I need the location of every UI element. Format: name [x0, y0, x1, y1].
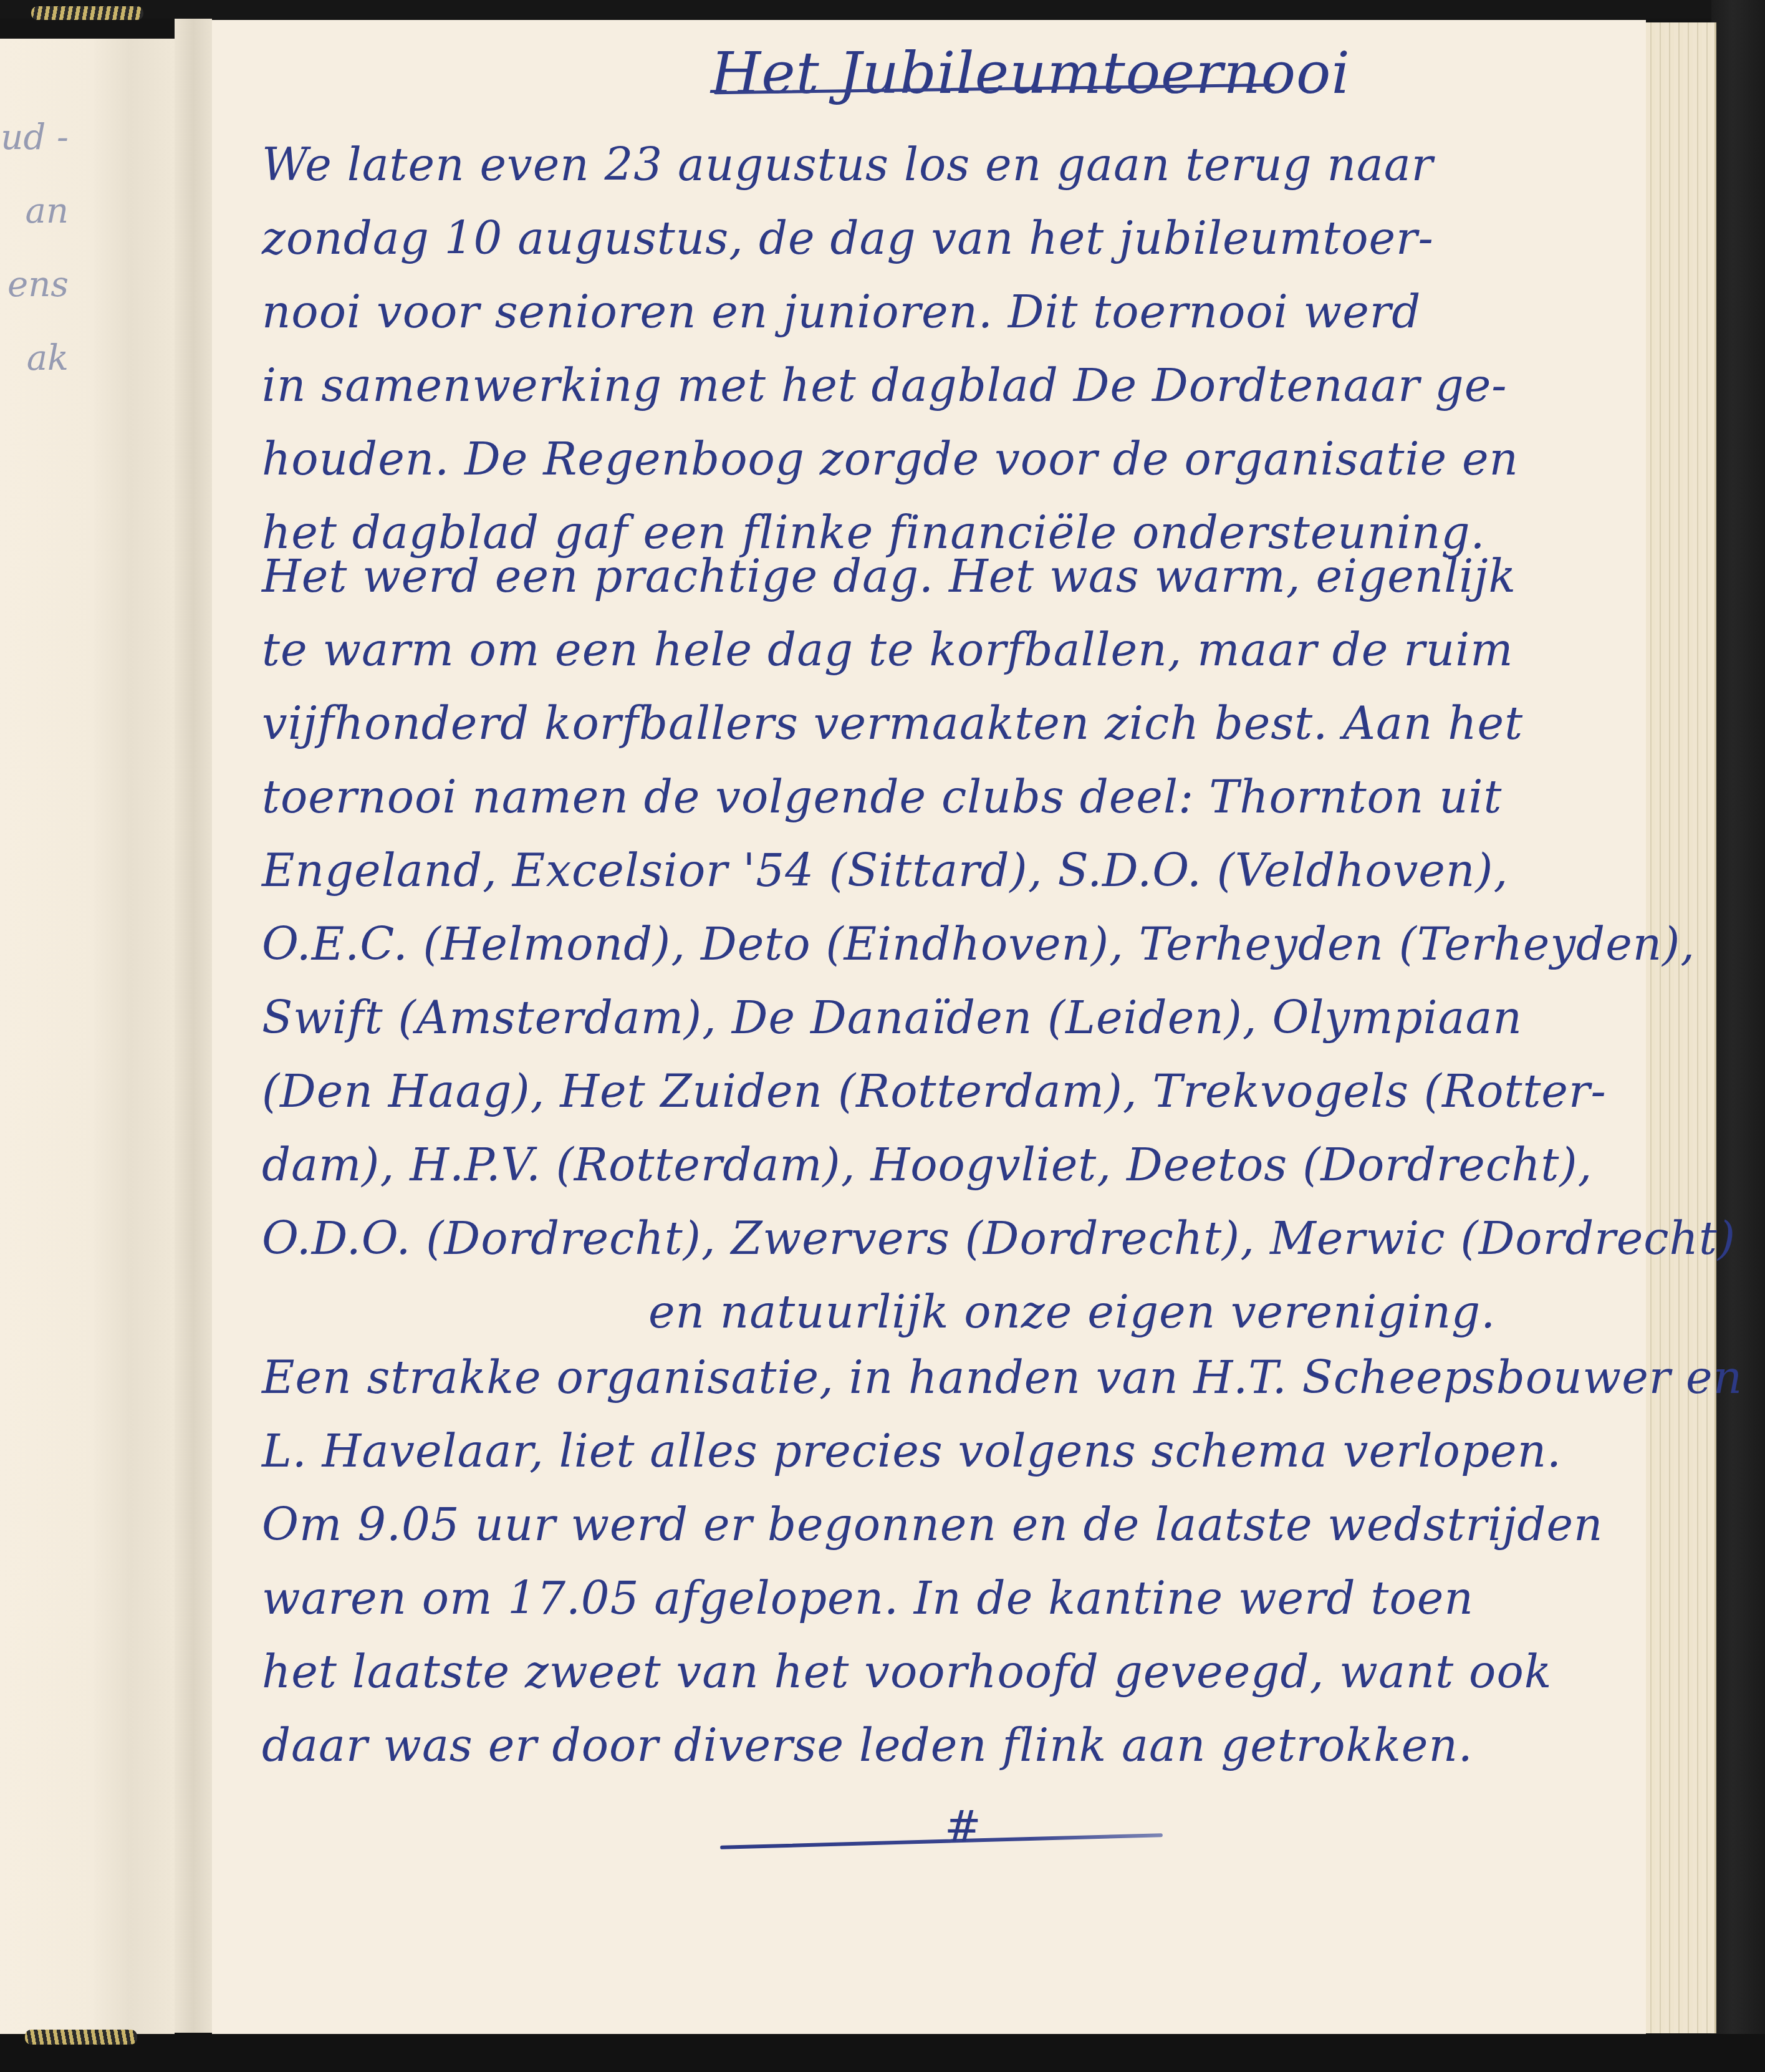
text-line: Om 9.05 uur werd er begonnen en de laats…: [262, 1488, 1633, 1561]
text-line: We laten even 23 augustus los en gaan te…: [262, 128, 1633, 201]
text-line: zondag 10 augustus, de dag van het jubil…: [262, 201, 1633, 275]
page-block-edges: [1646, 22, 1716, 2033]
fragment: ak: [0, 334, 69, 408]
paragraph-3: Een strakke organisatie, in handen van H…: [262, 1341, 1633, 1782]
tissue-interleaf: [94, 39, 175, 2034]
text-line: O.E.C. (Helmond), Deto (Eindhoven), Terh…: [262, 907, 1633, 981]
text-line: Swift (Amsterdam), De Danaïden (Leiden),…: [262, 981, 1633, 1054]
text-line: dam), H.P.V. (Rotterdam), Hoogvliet, Dee…: [262, 1128, 1633, 1202]
text-line: in samenwerking met het dagblad De Dordt…: [262, 349, 1633, 422]
text-line: nooi voor senioren en junioren. Dit toer…: [262, 275, 1633, 349]
fragment: ens: [0, 261, 69, 334]
book-cover-right: [1711, 0, 1765, 2072]
text-line: toernooi namen de volgende clubs deel: T…: [262, 760, 1633, 834]
text-line: te warm om een hele dag te korfballen, m…: [262, 613, 1633, 687]
text-line: vijfhonderd korfballers vermaakten zich …: [262, 687, 1633, 760]
end-mark: #: [945, 1801, 981, 1852]
book-cover-top: [0, 0, 1765, 19]
fragment: an: [0, 187, 69, 261]
page-title: Het Jubileumtoernooi: [711, 36, 1350, 111]
text-line: L. Havelaar, liet alles precies volgens …: [262, 1414, 1633, 1488]
text-line: en natuurlijk onze eigen vereniging.: [262, 1275, 1633, 1349]
book-cover-bottom: [0, 2034, 1765, 2072]
text-line: Het werd een prachtige dag. Het was warm…: [262, 539, 1633, 613]
text-line: het laatste zweet van het voorhoofd geve…: [262, 1635, 1633, 1708]
previous-page: ud - an ens ak: [0, 39, 94, 2034]
previous-page-fragments: ud - an ens ak: [0, 113, 69, 408]
paragraph-2: Het werd een prachtige dag. Het was warm…: [262, 539, 1633, 1349]
text-line: (Den Haag), Het Zuiden (Rotterdam), Trek…: [262, 1054, 1633, 1128]
text-line: Een strakke organisatie, in handen van H…: [262, 1341, 1633, 1414]
text-line: waren om 17.05 afgelopen. In de kantine …: [262, 1561, 1633, 1635]
binding-gutter: [175, 19, 212, 2033]
paragraph-1: We laten even 23 augustus los en gaan te…: [262, 128, 1633, 569]
headband-top: [31, 6, 143, 20]
headband-bottom: [25, 2030, 137, 2045]
fragment: ud -: [0, 113, 69, 187]
text-line: daar was er door diverse leden flink aan…: [262, 1708, 1633, 1782]
text-line: O.D.O. (Dordrecht), Zwervers (Dordrecht)…: [262, 1202, 1633, 1275]
text-line: Engeland, Excelsior '54 (Sittard), S.D.O…: [262, 834, 1633, 907]
text-line: houden. De Regenboog zorgde voor de orga…: [262, 422, 1633, 496]
